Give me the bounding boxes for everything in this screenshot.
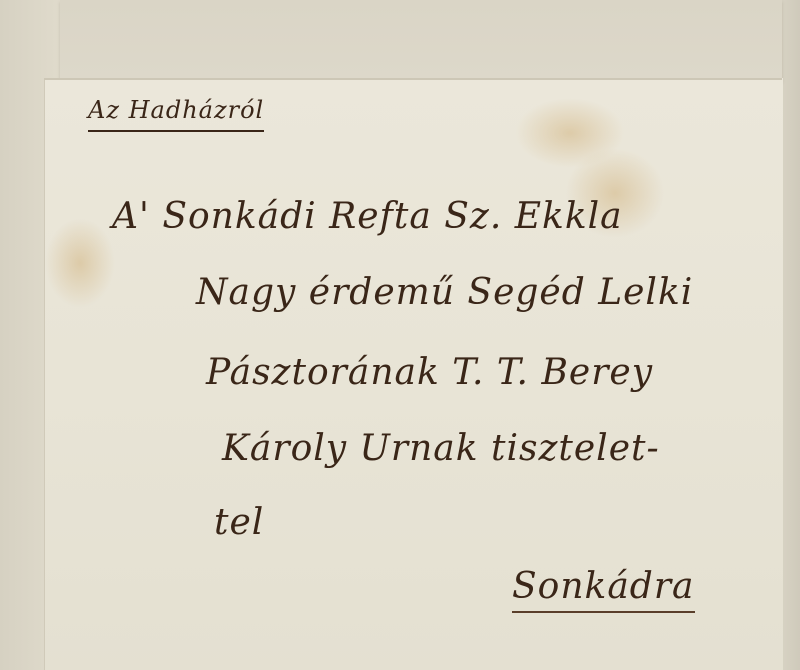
address-line-4: Károly Urnak tisztelet- <box>222 428 660 469</box>
address-line-2: Nagy érdemű Segéd Lelki <box>196 272 693 313</box>
foxing-stain <box>45 218 115 308</box>
address-line-1: A' Sonkádi Refta Sz. Ekkla <box>112 196 623 237</box>
letter-heading: Az Hadházról <box>88 96 264 132</box>
destination: Sonkádra <box>512 566 695 613</box>
background-right-edge <box>780 0 800 670</box>
folded-top-flap <box>60 0 782 81</box>
fold-crease <box>44 78 782 80</box>
address-line-5: tel <box>214 502 264 543</box>
address-line-3: Pásztorának T. T. Berey <box>206 352 653 393</box>
